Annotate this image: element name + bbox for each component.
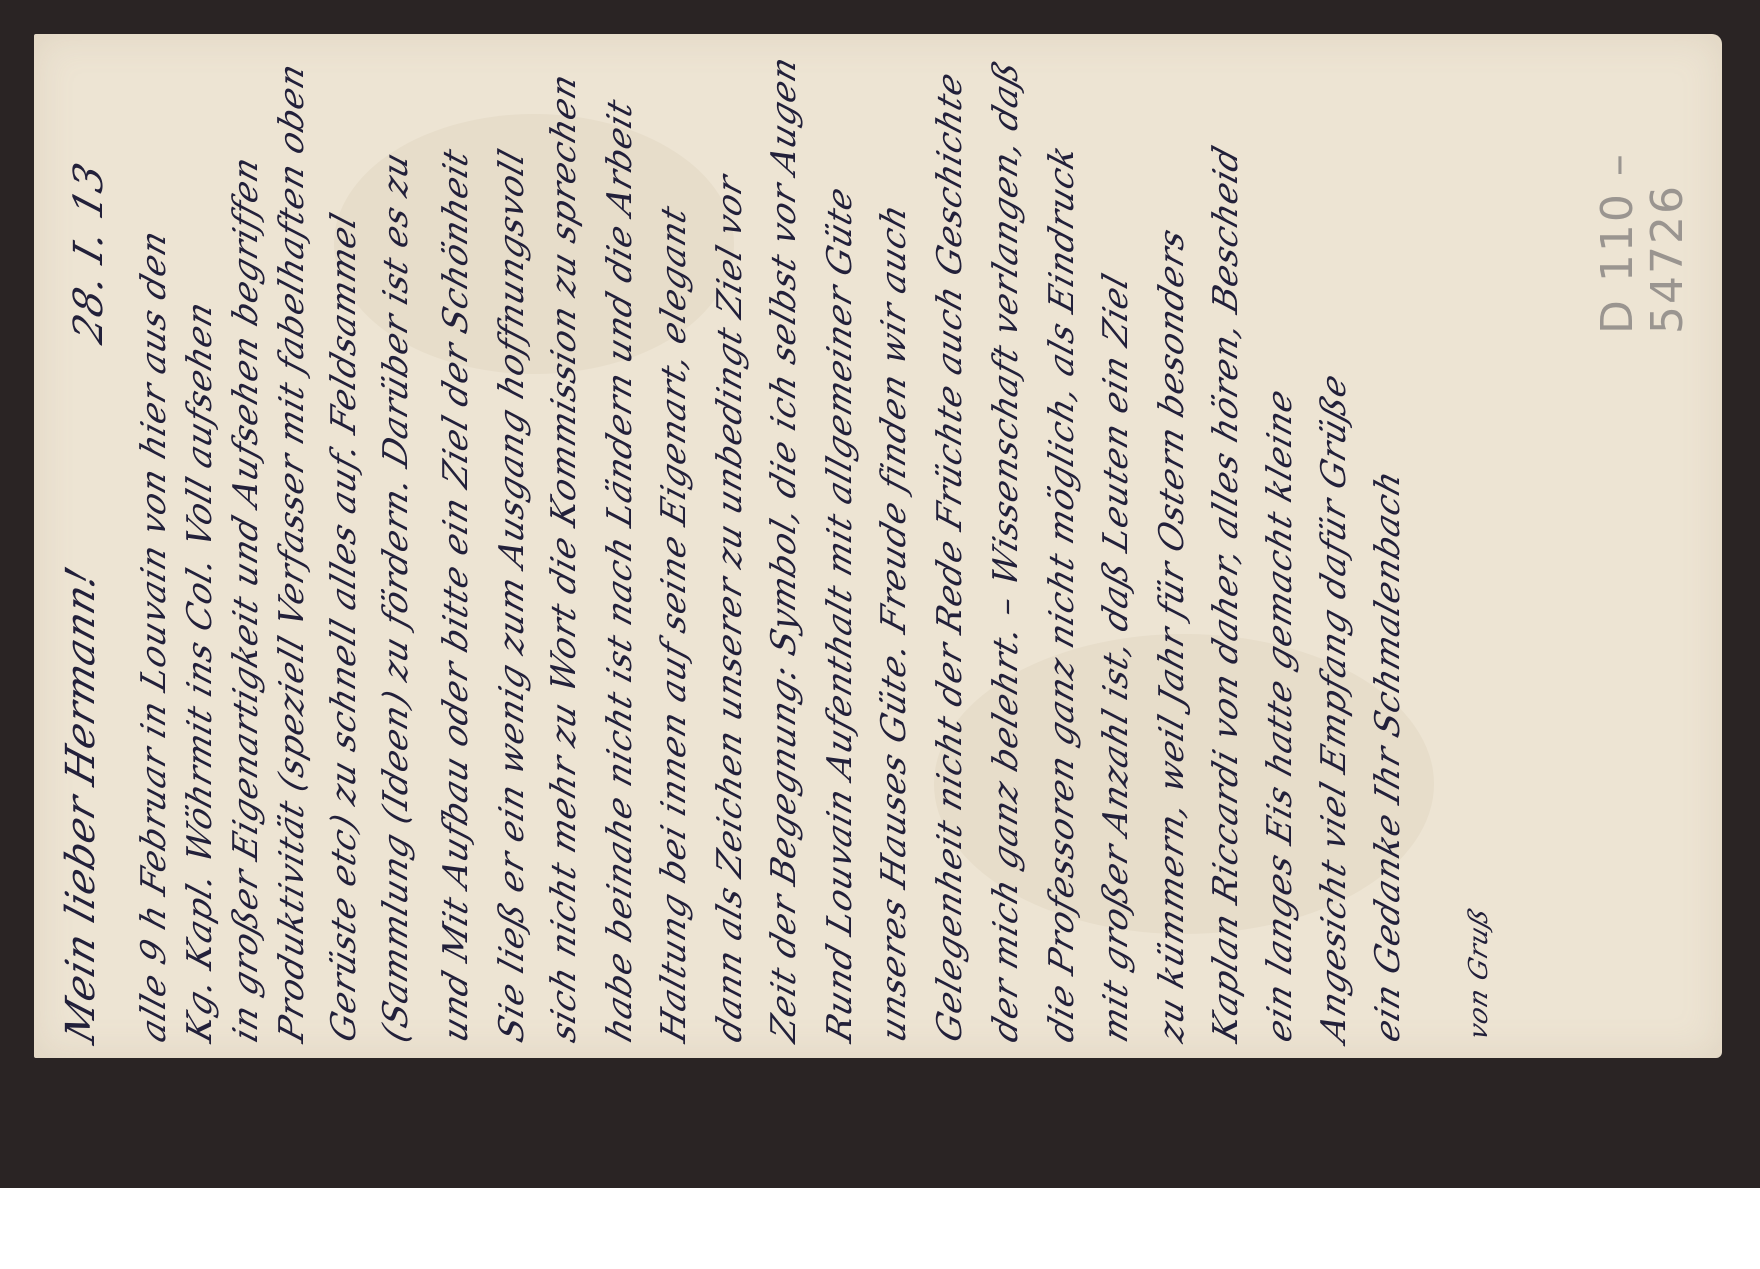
text-line: zu kümmern, weil Jahr für Ostern besonde…	[1152, 223, 1192, 1047]
archive-mark-line1: D 110 –	[1592, 152, 1643, 334]
text-line: mit großer Anzahl ist, daß Leuten ein Zi…	[1096, 268, 1136, 1047]
text-line: dann als Zeichen unserer zu unbedingt Zi…	[710, 169, 750, 1047]
postcard: 28. I. 13 Mein lieber Hermann! alle 9 h …	[34, 34, 1722, 1058]
text-line: (Sammlung (Ideen) zu fördern. Darüber is…	[376, 147, 416, 1047]
text-line: unseres Hauses Güte. Freude finden wir a…	[874, 198, 914, 1047]
salutation: Mein lieber Hermann!	[58, 561, 104, 1049]
text-line: sich nicht mehr zu Wort die Kommission z…	[544, 68, 584, 1047]
text-line: in großer Eigenartigkeit und Aufsehen be…	[226, 151, 266, 1047]
text-line: ein langes Eis hatte gemacht kleine	[1260, 383, 1300, 1047]
date: 28. I. 13	[66, 157, 112, 349]
text-line: Zeit der Begegnung: Symbol, die ich selb…	[764, 51, 804, 1047]
text-line: Haltung bei innen auf seine Eigenart, el…	[654, 200, 694, 1047]
text-line: Kg. Kapl. Wöhrmit ins Col. Voll aufsehen	[180, 296, 220, 1047]
marginal-note: von Gruß	[1464, 903, 1494, 1043]
text-line: und Mit Aufbau oder bitte ein Ziel der S…	[436, 143, 476, 1047]
text-line: Produktivität (speziell Verfasser mit fa…	[272, 58, 312, 1047]
text-line: die Professoren ganz nicht möglich, als …	[1042, 140, 1082, 1047]
text-line: ein Gedanke Ihr Schmalenbach	[1368, 465, 1408, 1047]
text-line: Angesicht viel Empfang dafür Grüße	[1314, 368, 1354, 1047]
text-line: Kaplan Riccardi von daher, alles hören, …	[1206, 141, 1246, 1047]
text-line: Rund Louvain Aufenthalt mit allgemeiner …	[820, 181, 860, 1047]
archive-mark-line2: 54726	[1642, 184, 1693, 334]
text-line: Gerüste etc) zu schnell alles auf. Felds…	[324, 208, 364, 1047]
text-line: alle 9 h Februar in Louvain von hier aus…	[134, 225, 174, 1047]
text-line: Sie ließ er ein wenig zum Ausgang hoffnu…	[492, 144, 532, 1047]
text-line: der mich ganz belehrt. – Wissenschaft ve…	[986, 55, 1026, 1047]
text-line: habe beinahe nicht ist nach Ländern und …	[600, 94, 640, 1047]
text-line: Gelegenheit nicht der Rede Früchte auch …	[930, 67, 970, 1047]
